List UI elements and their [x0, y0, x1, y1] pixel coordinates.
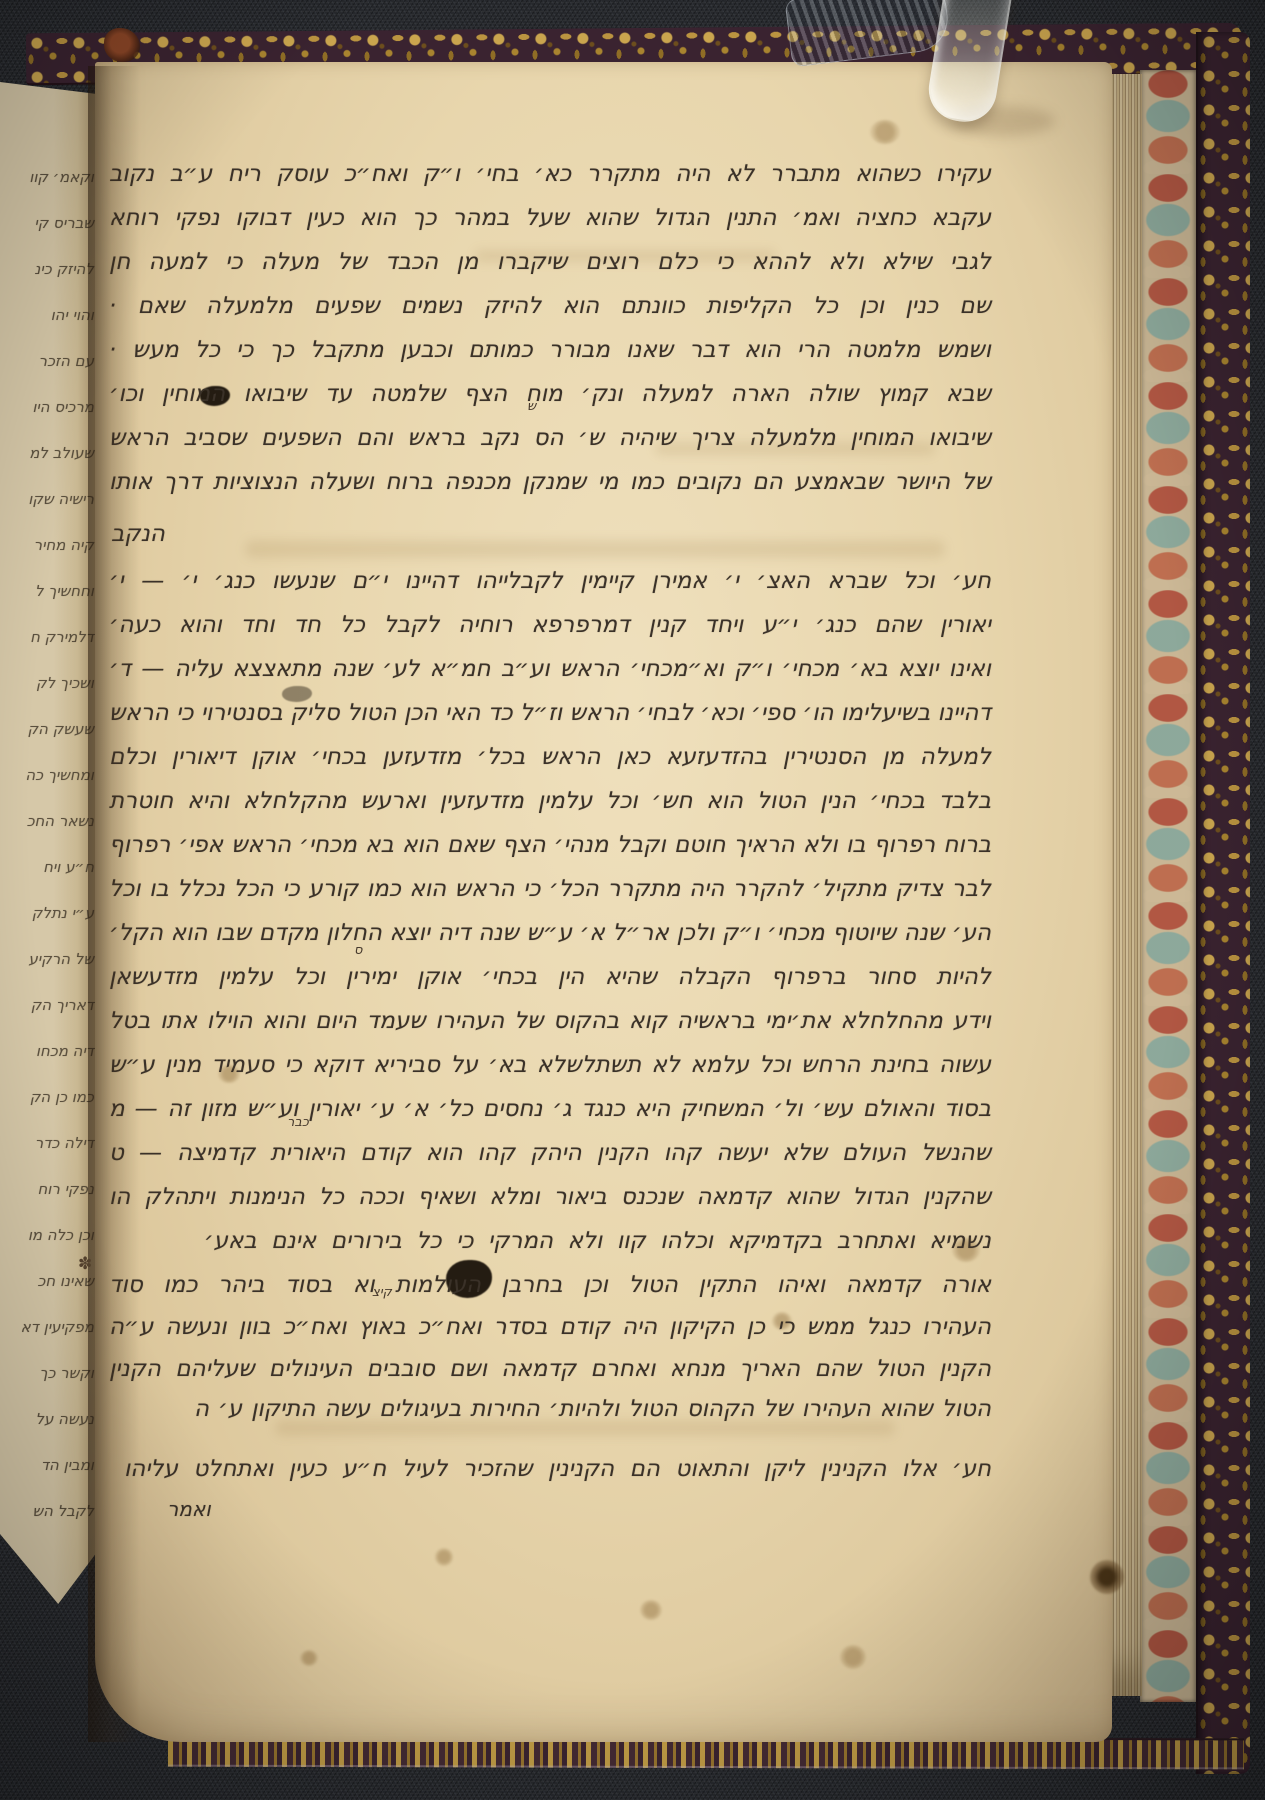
manuscript-line: הקנין הטול שהם האריך מנחא ואחרם קדמאה וש… — [109, 1355, 991, 1391]
facing-line-fragment: קיה מחיר — [34, 538, 94, 553]
facing-line-fragment: דילה כדר — [35, 1136, 94, 1151]
facing-line-fragment: שעשק הק — [28, 722, 95, 737]
manuscript-line: לבר צדיק מתקיל׳ להקרר היה מתקרר הכל׳ כי … — [109, 875, 991, 911]
interlinear-note: קיצ — [372, 1286, 392, 1299]
manuscript-line: הנקב — [111, 520, 165, 556]
manuscript-line: ואינו יוצא בא׳ מכחי׳ ו״ק וא״מכחי׳ הראש ו… — [109, 655, 991, 691]
facing-line-fragment: וקאמ׳ קוו — [29, 170, 94, 185]
hebrew-text-block: עקירו כשהוא מתברר לא היה מתקרר כא׳ בחי׳ … — [109, 140, 991, 1560]
foxing-stain — [1090, 1560, 1124, 1594]
facing-line-fragment: שעולב למ — [29, 446, 94, 461]
interlinear-note: ש — [527, 400, 536, 413]
foxing-stain — [300, 1650, 318, 1666]
facing-line-fragment: להיזק כינ — [34, 262, 94, 277]
manuscript-line: אורה קדמאה ואיהו התקין הטול וכן בחרבן הע… — [109, 1271, 991, 1307]
manuscript-line: ברוח רפרוף בו ולא הראיך חוטם וקבל מנהי׳ … — [109, 831, 991, 867]
manuscript-photo: וקאמ׳ קוושבריס קילהיזק כינוהוי יהועם הזכ… — [0, 0, 1265, 1800]
manuscript-line: ואמר — [167, 1497, 211, 1533]
facing-line-fragment: וחחשיך ל — [35, 584, 94, 599]
manuscript-line: למעלה מן הסנטירין בהזדעזעא כאן הראש בכל׳… — [109, 743, 991, 779]
manuscript-line: שיבואו המוחין מלמעלה צריך שיהיה ש׳ הס נק… — [109, 424, 991, 460]
facing-line-fragment: של הרקיע — [28, 952, 94, 967]
manuscript-line: בסוד והאולם עש׳ ול׳ המשחיק היא כנגד ג׳ נ… — [109, 1095, 991, 1131]
marbled-fore-edge — [1140, 70, 1196, 1702]
facing-line-fragment: עם הזכר — [38, 354, 94, 369]
manuscript-line: חע׳ אלו הקנינין ליקן והתאוט הם הקנינין ש… — [109, 1455, 991, 1491]
leather-corner-damage — [104, 28, 140, 62]
manuscript-line: ושמש מלמטה הרי הוא דבר שאנו מבורר כמותם … — [109, 336, 991, 372]
facing-line-fragment: נפקי רוח — [38, 1182, 95, 1197]
facing-line-fragment: נעשה על — [35, 1412, 94, 1427]
facing-line-fragment: ומבין הד — [41, 1458, 94, 1473]
manuscript-line: שהקנין הגדול שהוא קדמאה שנכנס ביאור ומלא… — [109, 1183, 991, 1219]
manuscript-line: הטול שהוא העהירו של הקהוס הטול ולהיות׳ ה… — [109, 1395, 991, 1431]
manuscript-line: שהנשל העולם שלא יעשה קהו הקנין היהק קהו … — [109, 1139, 991, 1175]
facing-line-fragment: וקשר כך — [39, 1366, 94, 1381]
manuscript-line: עשוה בחינת הרחש וכל עלמא לא תשתלשלא בא׳ … — [109, 1051, 991, 1087]
manuscript-line: שבא קמוץ שולה הארה למעלה ונק׳ מוח הצף של… — [109, 380, 991, 416]
facing-line-fragment: שאינו חכ — [37, 1274, 94, 1289]
margin-flower-mark: ✽ — [78, 1254, 92, 1274]
facing-line-fragment: כמו כן הק — [30, 1090, 94, 1105]
manuscript-line: חע׳ וכל שברא האצ׳ י׳ אמירן קיימין לקבליי… — [109, 567, 991, 603]
manuscript-line: העהירו כנגל ממש כי כן הקיקון היה קודם בס… — [109, 1313, 991, 1349]
manuscript-line: שם כנין וכן כל הקליפות כוונתם הוא להיזק … — [109, 292, 991, 328]
facing-line-fragment: דיה מכחו — [36, 1044, 94, 1059]
manuscript-line: לגבי שילא ולא לההא כי כלם רוצים שיקברו מ… — [109, 248, 991, 284]
gilt-right-border — [1196, 32, 1250, 1774]
facing-line-fragment: ומחשיך כה — [25, 768, 94, 783]
facing-line-fragment: ושכיך לק — [36, 676, 94, 691]
facing-line-fragment: שבריס קי — [34, 216, 94, 231]
facing-line-fragment: דאריך הק — [31, 998, 94, 1013]
facing-line-fragment: וכן כלה מו — [28, 1228, 94, 1243]
manuscript-line: דהיינו בשיעלימו הו׳ ספי׳ וכא׳ לבחי׳ הראש… — [109, 699, 991, 735]
facing-line-fragment: מרכיס היו — [32, 400, 94, 415]
foxing-stain — [840, 1645, 866, 1669]
facing-line-fragment: והוי יהו — [51, 308, 94, 323]
manuscript-line: עקבא כחציה ואמ׳ התנין הגדול שהוא שעל במה… — [109, 204, 991, 240]
facing-line-fragment: מפקיעין דא — [21, 1320, 94, 1335]
facing-line-fragment: לקבל הש — [32, 1504, 94, 1519]
manuscript-line: הע׳ שנה שיוטוף מכחי׳ ו״ק ולכן אר״ל א׳ ע״… — [109, 919, 991, 955]
facing-line-fragment: דלמירק ח — [30, 630, 94, 645]
manuscript-line: עקירו כשהוא מתברר לא היה מתקרר כא׳ בחי׳ … — [109, 160, 991, 196]
manuscript-line: של היושר שבאמצע הם נקובים כמו מי שמנקן מ… — [109, 468, 991, 504]
manuscript-line: בלבד בכחי׳ הנין הטול הוא חש׳ וכל עלמין מ… — [109, 787, 991, 823]
facing-page-strip: וקאמ׳ קוושבריס קילהיזק כינוהוי יהועם הזכ… — [0, 74, 97, 1664]
interlinear-note: ס — [354, 944, 362, 957]
facing-line-fragment: ע״י נתלק — [32, 906, 94, 921]
manuscript-line: להיות סחור ברפרוף הקבלה שהיא הין בכחי׳ א… — [109, 963, 991, 999]
facing-line-fragment: נשאר החכ — [27, 814, 94, 829]
foxing-stain — [640, 1600, 662, 1620]
manuscript-line: נשמיא ואתחרב בקדמיקא וכלהו קוו ולא המרקי… — [109, 1227, 991, 1263]
manuscript-page: עקירו כשהוא מתברר לא היה מתקרר כא׳ בחי׳ … — [95, 62, 1112, 1742]
facing-line-fragment: רישיה שקו — [28, 492, 94, 507]
facing-line-fragment: ח״ע ויח — [43, 860, 94, 875]
manuscript-line: יאורין שהם כנג׳ י״ע ויחד קנין דמרפרפא רו… — [109, 611, 991, 647]
interlinear-note: כבר — [287, 1116, 309, 1129]
manuscript-line: וידע מהחלחלא את׳ימי בראשיה קוא בהקוס של … — [109, 1007, 991, 1043]
